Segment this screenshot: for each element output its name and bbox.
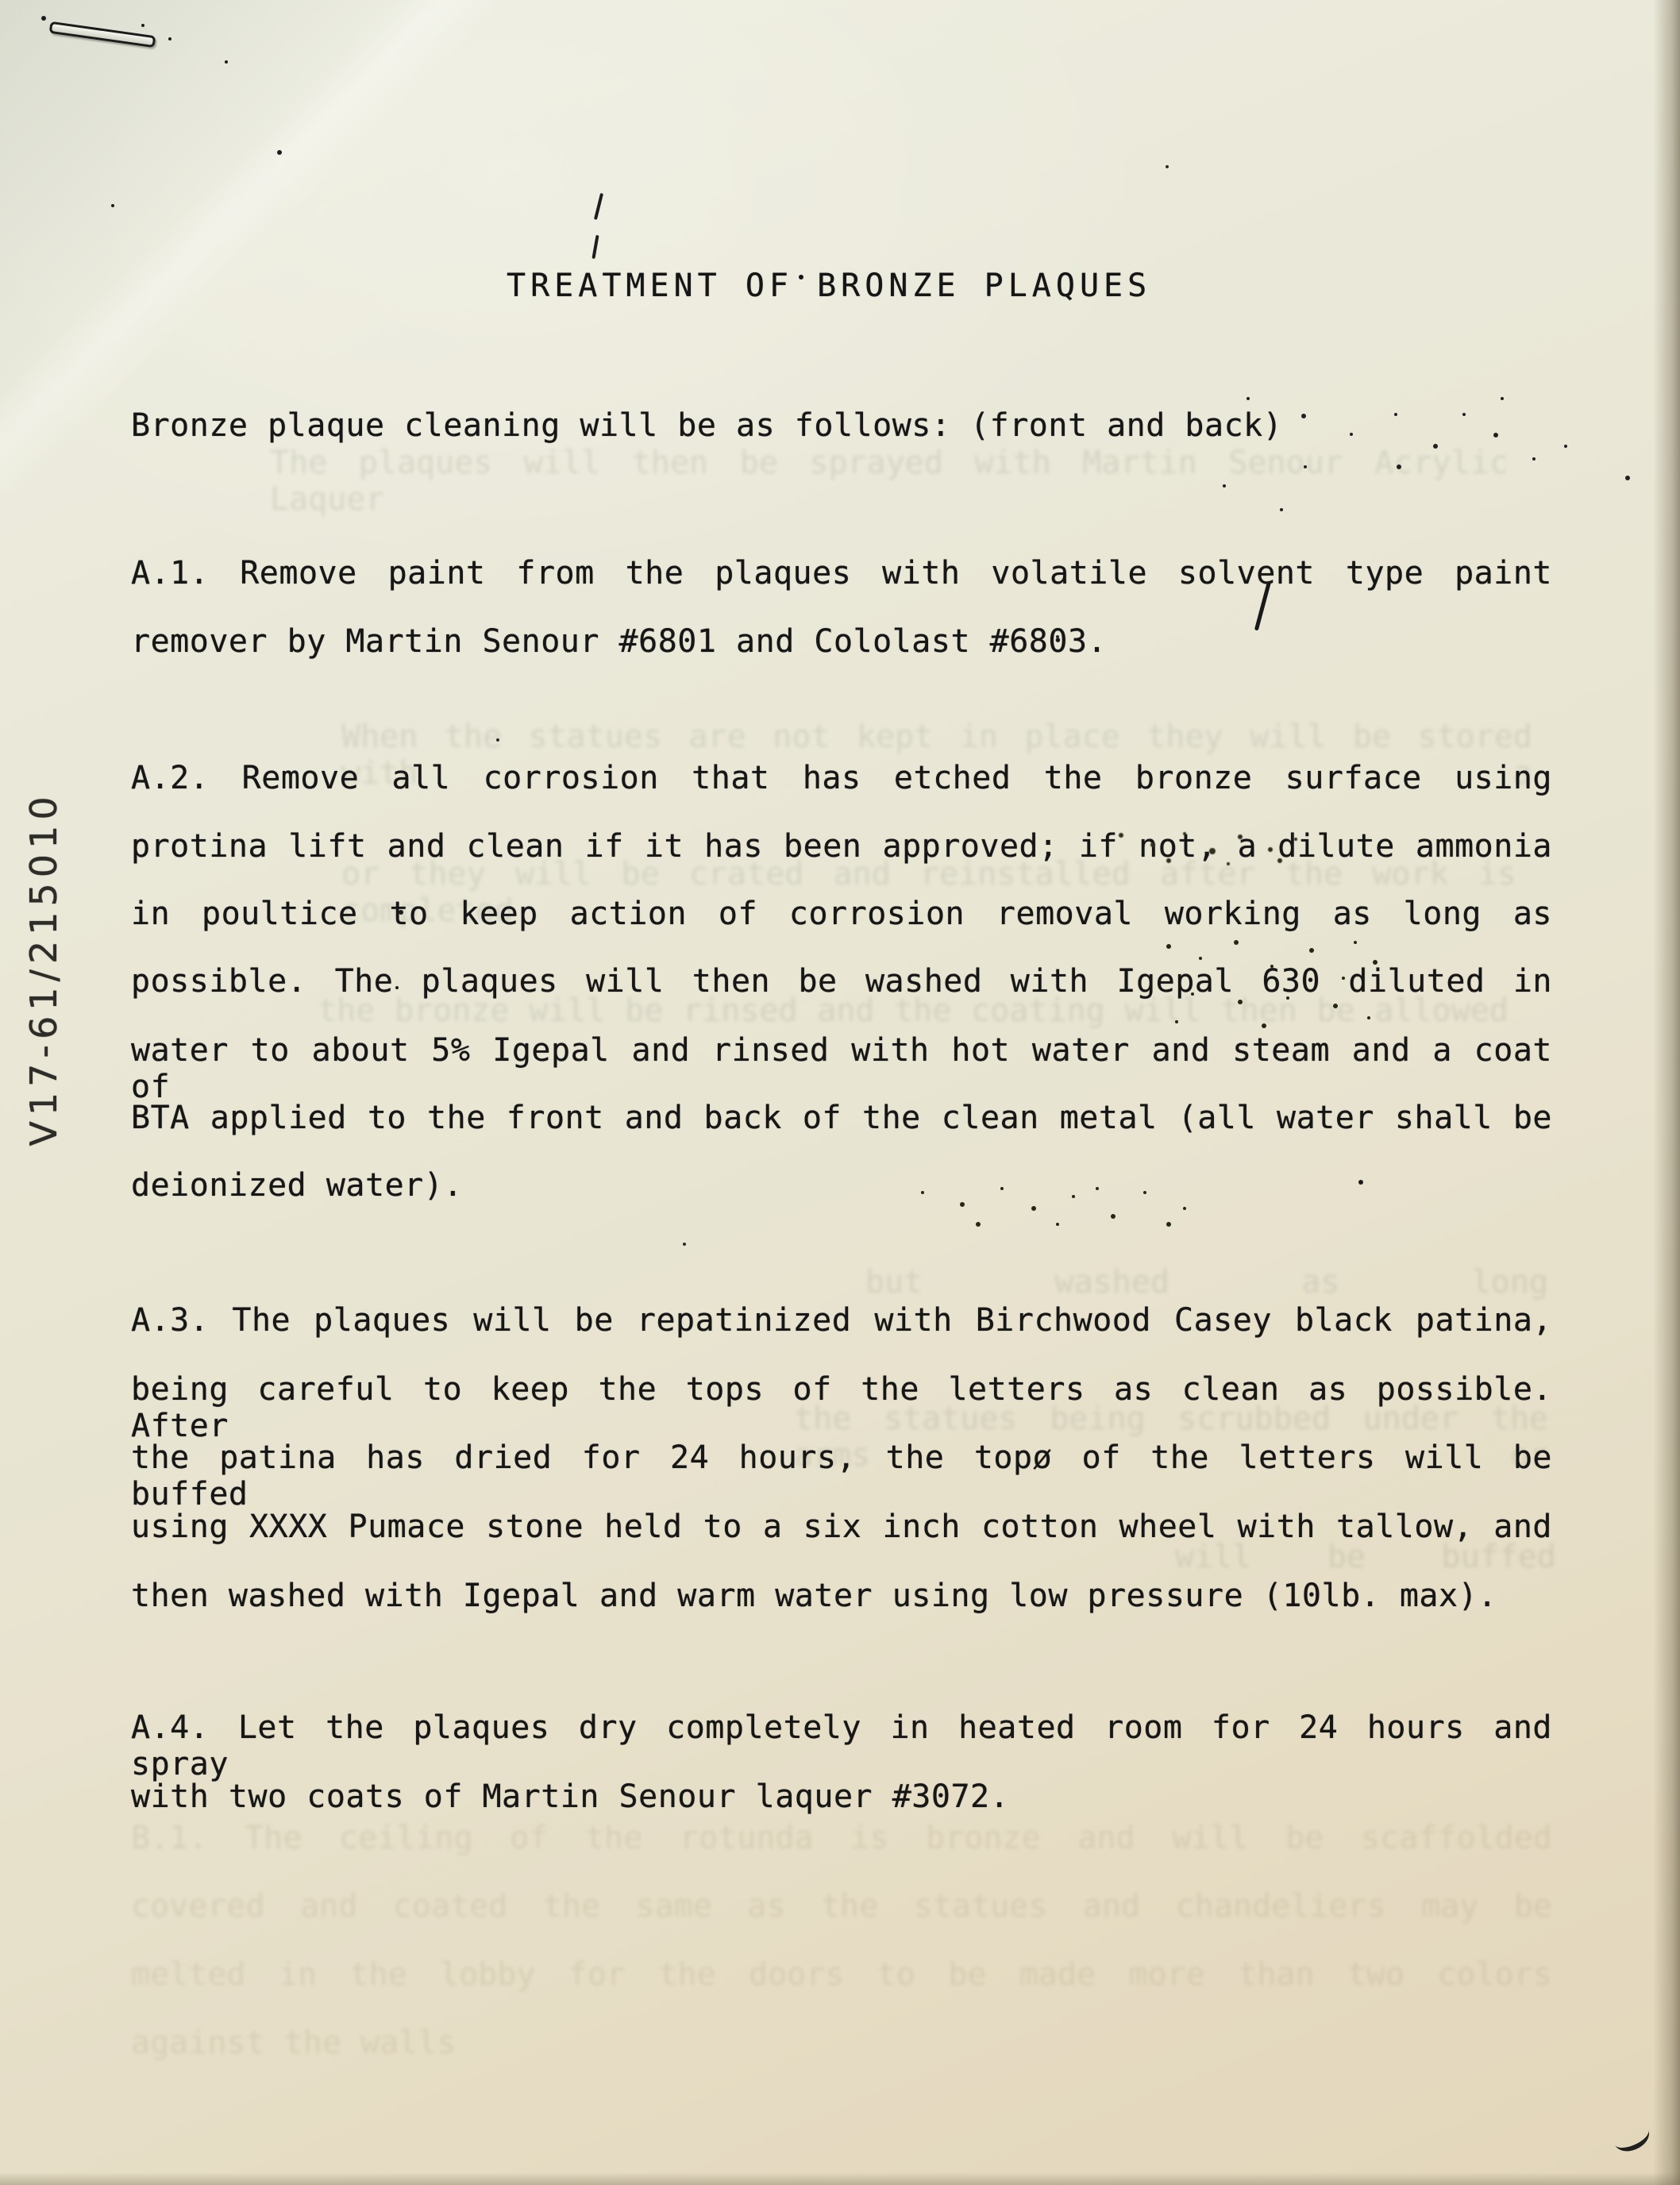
ghost-text-line: The plaques will then be sprayed with Ma… bbox=[270, 445, 1509, 518]
paragraph-a3-line: then washed with Igepal and warm water u… bbox=[131, 1578, 1552, 1614]
scan-edge-shadow bbox=[0, 2172, 1680, 2185]
paragraph-a4-line: A.4. Let the plaques dry completely in h… bbox=[131, 1709, 1552, 1782]
ghost-text-line: but washed as long bbox=[865, 1264, 1548, 1301]
scan-edge-shadow bbox=[1653, 0, 1680, 2185]
paragraph-a2-line: deionized water). bbox=[131, 1167, 1552, 1204]
paragraph-a2-line: possible. The plaques will then be washe… bbox=[131, 963, 1552, 1000]
paragraph-a2-line: protina lift and clean if it has been ap… bbox=[131, 828, 1552, 865]
paragraph-a2-line: water to about 5% Igepal and rinsed with… bbox=[131, 1032, 1552, 1105]
paragraph-a2-line: A.2. Remove all corrosion that has etche… bbox=[131, 760, 1552, 796]
ghost-text-line: B.1. The ceiling of the rotunda is bronz… bbox=[131, 1820, 1552, 1856]
ghost-text-line: melted in the lobby for the doors to be … bbox=[131, 1956, 1552, 1993]
scanned-document-page: The plaques will then be sprayed with Ma… bbox=[0, 0, 1680, 2185]
pen-mark bbox=[1609, 2118, 1653, 2156]
ghost-text-line: against the walls bbox=[131, 2025, 687, 2061]
paragraph-a1-line: A.1. Remove paint from the plaques with … bbox=[131, 555, 1552, 592]
pen-mark bbox=[591, 235, 599, 259]
paragraph-a3-line: being careful to keep the tops of the le… bbox=[131, 1371, 1552, 1444]
paragraph-a3-line: the patina has dried for 24 hours, the t… bbox=[131, 1439, 1552, 1513]
paragraph-a3-line: using XXXX Pumace stone held to a six in… bbox=[131, 1509, 1552, 1545]
staple-mark bbox=[49, 21, 156, 48]
paragraph-a4-line: with two coats of Martin Senour laquer #… bbox=[131, 1778, 1552, 1815]
paragraph-a3-line: A.3. The plaques will be repatinized wit… bbox=[131, 1302, 1552, 1339]
ghost-text-line: covered and coated the same as the statu… bbox=[131, 1888, 1552, 1925]
handwritten-margin-note: V17-61/215010 bbox=[8, 770, 79, 1167]
pen-mark bbox=[594, 193, 603, 220]
intro-line: Bronze plaque cleaning will be as follow… bbox=[131, 407, 1552, 444]
toner-speck-cluster bbox=[0, 0, 3, 3]
paragraph-a1-line: remover by Martin Senour #6801 and Colol… bbox=[131, 623, 1552, 660]
paragraph-a2-line: BTA applied to the front and back of the… bbox=[131, 1100, 1552, 1136]
document-title: TREATMENT OF BRONZE PLAQUES bbox=[507, 268, 1151, 304]
paragraph-a2-line: in poultice to keep action of corrosion … bbox=[131, 896, 1552, 932]
